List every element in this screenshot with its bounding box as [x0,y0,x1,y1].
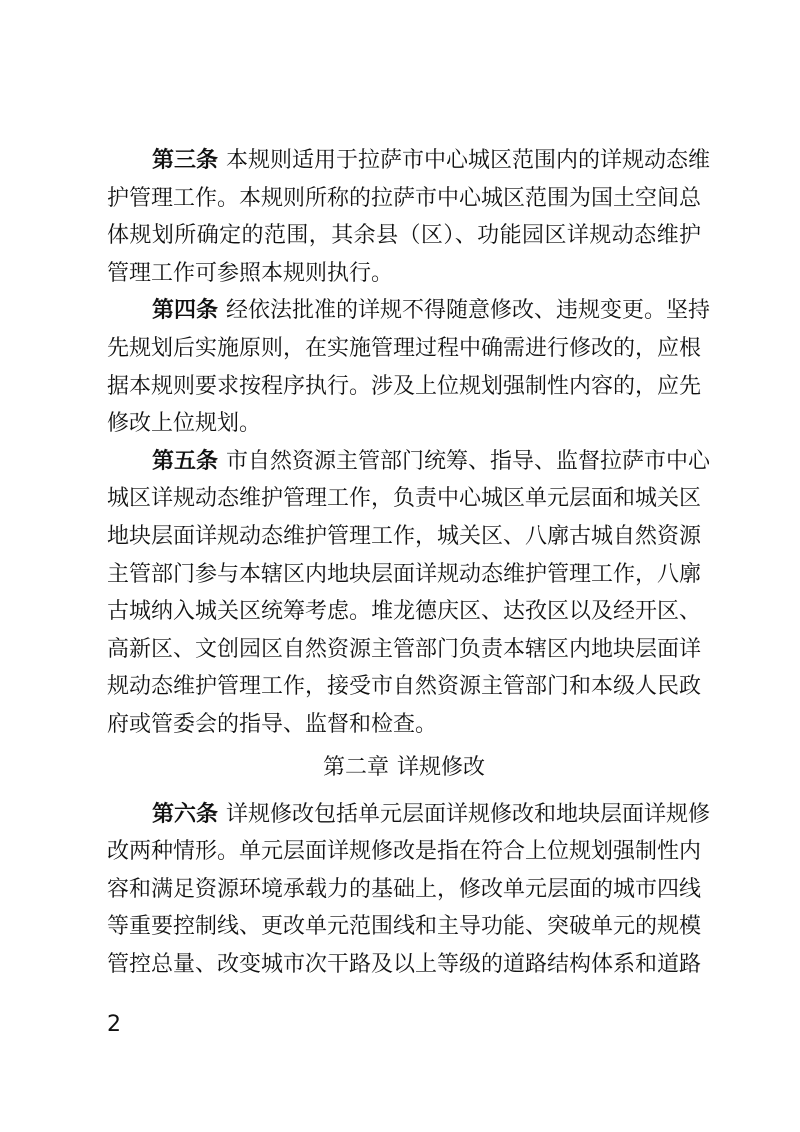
paragraph-line: 容和满足资源环境承载力的基础上，修改单元层面的城市四线 [107,871,701,909]
article-label: 第四条 [152,298,218,323]
paragraph-line: 护管理工作。本规则所称的拉萨市中心城区范围为国土空间总 [107,180,701,218]
page-number: 2 [107,1012,121,1038]
paragraph-line: 地块层面详规动态维护管理工作，城关区、八廓古城自然资源 [107,518,701,556]
chapter-number: 第二章 [323,755,389,780]
chapter-heading: 第二章详规修改 [107,744,701,792]
article-4: 第四条经依法批准的详规不得随意修改、违规变更。坚持 先规划后实施原则，在实施管理… [107,292,701,442]
article-6: 第六条详规修改包括单元层面详规修改和地块层面详规修 改两种情形。单元层面详规修改… [107,796,701,984]
paragraph-line: 修改上位规划。 [107,405,701,443]
paragraph-line: 体规划所确定的范围，其余县（区）、功能园区详规动态维护 [107,217,701,255]
paragraph-line: 等重要控制线、更改单元范围线和主导功能、突破单元的规模 [107,908,701,946]
article-5: 第五条市自然资源主管部门统筹、指导、监督拉萨市中心 城区详规动态维护管理工作，负… [107,443,701,744]
article-label: 第五条 [152,449,218,474]
paragraph-line: 第三条本规则适用于拉萨市中心城区范围内的详规动态维 [107,142,701,180]
paragraph-line: 改两种情形。单元层面详规修改是指在符合上位规划强制性内 [107,833,701,871]
paragraph-line: 据本规则要求按程序执行。涉及上位规划强制性内容的，应先 [107,368,701,406]
paragraph-line: 管控总量、改变城市次干路及以上等级的道路结构体系和道路 [107,946,701,984]
paragraph-line: 先规划后实施原则，在实施管理过程中确需进行修改的，应根 [107,330,701,368]
paragraph-line: 古城纳入城关区统筹考虑。堆龙德庆区、达孜区以及经开区、 [107,593,701,631]
paragraph-line: 府或管委会的指导、监督和检查。 [107,706,701,744]
paragraph-line: 第四条经依法批准的详规不得随意修改、违规变更。坚持 [107,292,701,330]
article-label: 第六条 [152,802,218,827]
paragraph-line: 第六条详规修改包括单元层面详规修改和地块层面详规修 [107,796,701,834]
paragraph-line: 高新区、文创园区自然资源主管部门负责本辖区内地块层面详 [107,631,701,669]
paragraph-line: 城区详规动态维护管理工作，负责中心城区单元层面和城关区 [107,480,701,518]
article-label: 第三条 [152,148,218,173]
body-text: 第三条本规则适用于拉萨市中心城区范围内的详规动态维 护管理工作。本规则所称的拉萨… [107,142,701,983]
paragraph-line: 主管部门参与本辖区内地块层面详规动态维护管理工作，八廓 [107,556,701,594]
paragraph-line: 第五条市自然资源主管部门统筹、指导、监督拉萨市中心 [107,443,701,481]
paragraph-line: 管理工作可参照本规则执行。 [107,255,701,293]
paragraph-line: 规动态维护管理工作，接受市自然资源主管部门和本级人民政 [107,668,701,706]
document-page: 第三条本规则适用于拉萨市中心城区范围内的详规动态维 护管理工作。本规则所称的拉萨… [0,0,800,1132]
article-3: 第三条本规则适用于拉萨市中心城区范围内的详规动态维 护管理工作。本规则所称的拉萨… [107,142,701,292]
chapter-title: 详规修改 [397,755,485,780]
